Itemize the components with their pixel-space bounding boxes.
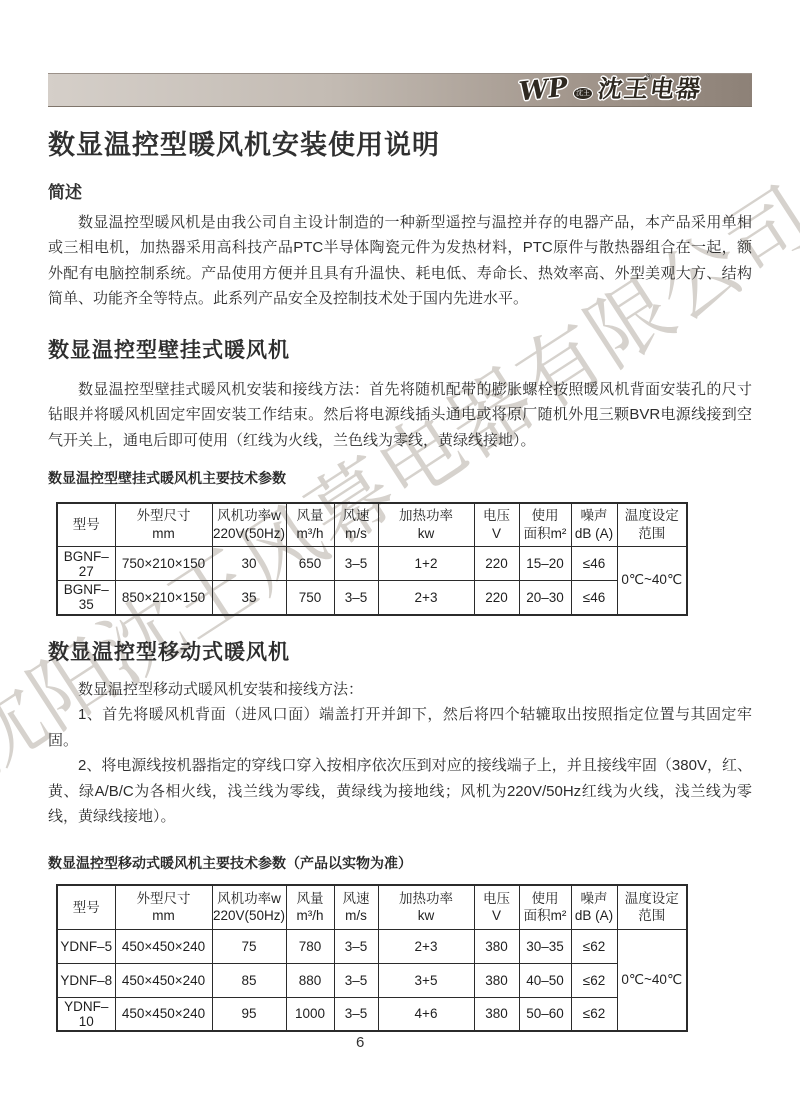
- overview-paragraph: 数显温控型暖风机是由我公司自主设计制造的一种新型遥控与温控并存的电器产品，本产品…: [48, 210, 752, 312]
- table-cell: 95: [212, 997, 286, 1031]
- registered-mark: ®: [646, 72, 652, 81]
- table-cell: 20–30: [519, 581, 571, 615]
- table-cell: 220: [474, 547, 519, 581]
- wall-table-caption: 数显温控型壁挂式暖风机主要技术参数: [48, 469, 752, 487]
- mobile-section-heading: 数显温控型移动式暖风机: [48, 640, 752, 665]
- table-cell: 1+2: [378, 547, 474, 581]
- table-cell: ≤62: [571, 929, 617, 963]
- table-cell: 3–5: [334, 547, 378, 581]
- column-header: 使用 面积m²: [519, 503, 571, 547]
- table-cell: 3+5: [378, 963, 474, 997]
- table-cell: 3–5: [334, 929, 378, 963]
- column-header: 噪声 dB (A): [571, 503, 617, 547]
- table-cell: 3–5: [334, 581, 378, 615]
- table-header-row: 型号 外型尺寸 mm 风机功率w 220V(50Hz) 风量 m³/h 风速 m…: [57, 503, 687, 547]
- table-row: BGNF–35 850×210×150 35 750 3–5 2+3 220 2…: [57, 581, 687, 615]
- brand-name-wrap: 沈王电器 ®: [598, 78, 702, 102]
- wall-section-heading: 数显温控型壁挂式暖风机: [48, 338, 752, 363]
- table-row: YDNF–10 450×450×240 95 1000 3–5 4+6 380 …: [57, 997, 687, 1031]
- temp-range-cell: 0℃~40℃: [617, 929, 687, 1031]
- table-cell: ≤62: [571, 963, 617, 997]
- table-cell: 380: [474, 929, 519, 963]
- table-cell: ≤46: [571, 581, 617, 615]
- mobile-step-1: 1、首先将暖风机背面（进风口面）端盖打开并卸下，然后将四个轱辘取出按照指定位置与…: [48, 702, 752, 753]
- column-header: 加热功率 kw: [378, 885, 474, 929]
- model-cell: YDNF–5: [57, 929, 115, 963]
- column-header: 电压 V: [474, 885, 519, 929]
- table-cell: 30: [212, 547, 286, 581]
- table-cell: 750×210×150: [115, 547, 212, 581]
- table-cell: 450×450×240: [115, 997, 212, 1031]
- table-cell: ≤46: [571, 547, 617, 581]
- column-header: 外型尺寸 mm: [115, 503, 212, 547]
- table-cell: 850×210×150: [115, 581, 212, 615]
- table-cell: 450×450×240: [115, 929, 212, 963]
- table-cell: 40–50: [519, 963, 571, 997]
- column-header: 加热功率 kw: [378, 503, 474, 547]
- table-cell: 15–20: [519, 547, 571, 581]
- brand-oval-badge: 沈王: [573, 87, 593, 100]
- mobile-intro: 数显温控型移动式暖风机安装和接线方法：: [48, 677, 752, 703]
- table-cell: 85: [212, 963, 286, 997]
- column-header: 使用 面积m²: [519, 885, 571, 929]
- table-cell: 380: [474, 997, 519, 1031]
- column-header: 温度设定 范围: [617, 885, 687, 929]
- table-cell: 30–35: [519, 929, 571, 963]
- table-cell: 450×450×240: [115, 963, 212, 997]
- table-cell: 1000: [286, 997, 334, 1031]
- wall-paragraph: 数显温控型壁挂式暖风机安装和接线方法：首先将随机配带的膨胀螺栓按照暖风机背面安装…: [48, 377, 752, 454]
- overview-heading: 简述: [48, 183, 752, 203]
- model-cell: YDNF–10: [57, 997, 115, 1031]
- column-header: 风速 m/s: [334, 885, 378, 929]
- page-title: 数显温控型暖风机安装使用说明: [48, 129, 752, 161]
- table-row: YDNF–8 450×450×240 85 880 3–5 3+5 380 40…: [57, 963, 687, 997]
- column-header: 风量 m³/h: [286, 885, 334, 929]
- wp-logo-icon: WP: [518, 75, 569, 106]
- table-header-row: 型号 外型尺寸 mm 风机功率w 220V(50Hz) 风量 m³/h 风速 m…: [57, 885, 687, 929]
- table-cell: 35: [212, 581, 286, 615]
- table-cell: 50–60: [519, 997, 571, 1031]
- table-cell: 2+3: [378, 581, 474, 615]
- column-header: 风机功率w 220V(50Hz): [212, 503, 286, 547]
- model-cell: BGNF–27: [57, 547, 115, 581]
- table-cell: 880: [286, 963, 334, 997]
- brand-name: 沈王电器: [596, 78, 703, 102]
- table-cell: 750: [286, 581, 334, 615]
- table-cell: ≤62: [571, 997, 617, 1031]
- manual-page: 沈阳沈王风幕电器有限公司 WP 沈王 沈王电器 ® 数显温控型暖风机安装使用说明…: [0, 0, 800, 1094]
- table-cell: 4+6: [378, 997, 474, 1031]
- table-cell: 780: [286, 929, 334, 963]
- table-row: BGNF–27 750×210×150 30 650 3–5 1+2 220 1…: [57, 547, 687, 581]
- mobile-step-2: 2、将电源线按机器指定的穿线口穿入按相序依次压到对应的接线端子上，并且接线牢固（…: [48, 753, 752, 830]
- column-header: 风量 m³/h: [286, 503, 334, 547]
- mobile-table-caption: 数显温控型移动式暖风机主要技术参数（产品以实物为准）: [48, 854, 752, 872]
- wall-spec-table: 型号 外型尺寸 mm 风机功率w 220V(50Hz) 风量 m³/h 风速 m…: [56, 502, 688, 616]
- brand-logo: WP 沈王 沈王电器 ®: [519, 77, 702, 103]
- table-cell: 75: [212, 929, 286, 963]
- mobile-spec-table: 型号 外型尺寸 mm 风机功率w 220V(50Hz) 风量 m³/h 风速 m…: [56, 884, 688, 1032]
- column-header: 风速 m/s: [334, 503, 378, 547]
- page-content: WP 沈王 沈王电器 ® 数显温控型暖风机安装使用说明 简述 数显温控型暖风机是…: [0, 0, 800, 1032]
- column-header: 型号: [57, 503, 115, 547]
- column-header: 电压 V: [474, 503, 519, 547]
- table-cell: 2+3: [378, 929, 474, 963]
- table-row: YDNF–5 450×450×240 75 780 3–5 2+3 380 30…: [57, 929, 687, 963]
- table-cell: 220: [474, 581, 519, 615]
- column-header: 温度设定 范围: [617, 503, 687, 547]
- brand-header-bar: WP 沈王 沈王电器 ®: [48, 73, 752, 107]
- table-cell: 3–5: [334, 963, 378, 997]
- table-cell: 380: [474, 963, 519, 997]
- column-header: 噪声 dB (A): [571, 885, 617, 929]
- model-cell: BGNF–35: [57, 581, 115, 615]
- column-header: 风机功率w 220V(50Hz): [212, 885, 286, 929]
- page-number: 6: [356, 1034, 364, 1051]
- temp-range-cell: 0℃~40℃: [617, 547, 687, 615]
- column-header: 外型尺寸 mm: [115, 885, 212, 929]
- model-cell: YDNF–8: [57, 963, 115, 997]
- column-header: 型号: [57, 885, 115, 929]
- table-cell: 650: [286, 547, 334, 581]
- table-cell: 3–5: [334, 997, 378, 1031]
